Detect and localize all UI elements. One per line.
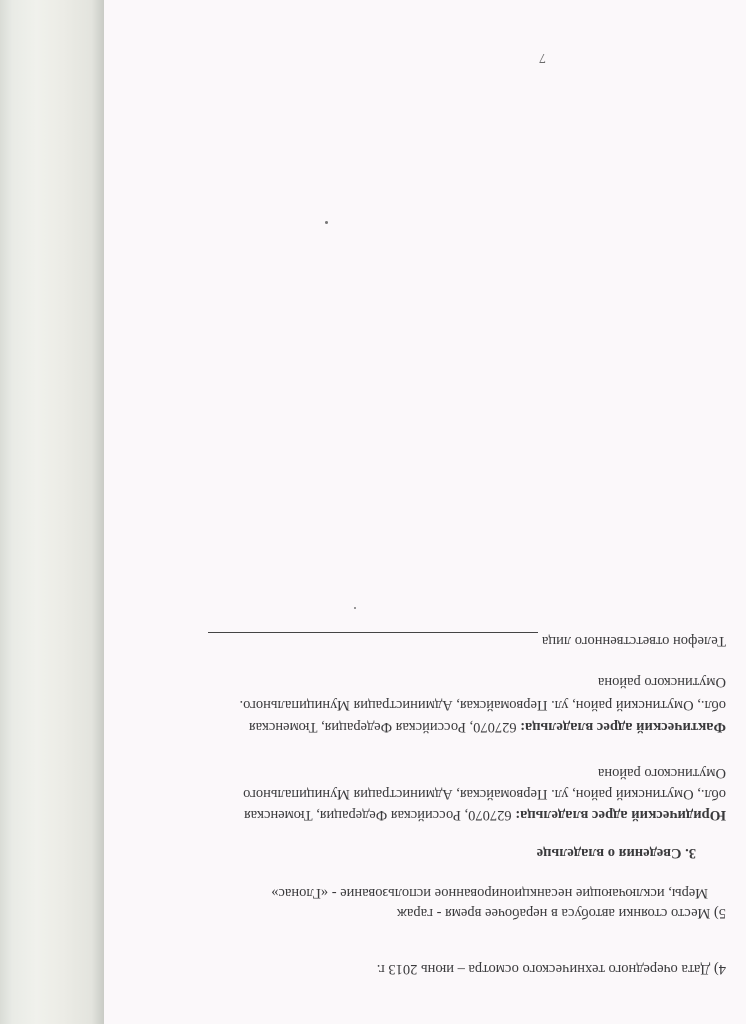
- responsible-phone-field[interactable]: [208, 632, 538, 645]
- item-5-security-measures: Меры, исключающие несанкционированное ис…: [271, 884, 708, 902]
- legal-address-line-2: обл., Омутинский район, ул. Первомайская…: [243, 785, 726, 803]
- actual-address-label: Фактический адрес владельца:: [520, 719, 726, 735]
- rotated-content: 4) Дата очередного технического осмотра …: [104, 0, 746, 1024]
- binding-spine: [0, 0, 104, 1024]
- actual-address-line-3: Омутинского района: [598, 673, 726, 691]
- section-3-heading: 3. Сведения о владельце: [537, 844, 696, 862]
- page-number: 7: [539, 49, 546, 67]
- scan-speck: [325, 221, 328, 224]
- legal-address-label: Юридический адрес владельца:: [515, 807, 726, 823]
- legal-address-line-3: Омутинского района: [598, 764, 726, 782]
- item-4-next-inspection: 4) Дата очередного технического осмотра …: [377, 960, 726, 978]
- responsible-phone-row: Телефон ответственного лица: [208, 632, 726, 650]
- document-page: 4) Дата очередного технического осмотра …: [104, 0, 746, 1024]
- item-5-parking-place: 5) Место стоянки автобуса в нерабочее вр…: [397, 904, 726, 922]
- legal-address-line-1: Юридический адрес владельца: 627070, Рос…: [244, 806, 726, 824]
- actual-address-value-1: 627070, Российская Федерация, Тюменская: [249, 719, 520, 735]
- actual-address-line-1: Фактический адрес владельца: 627070, Рос…: [249, 718, 726, 736]
- scanned-page: 4) Дата очередного технического осмотра …: [0, 0, 746, 1024]
- legal-address-value-1: 627070, Российская Федерация, Тюменская: [244, 807, 515, 823]
- actual-address-line-2: обл., Омутинский район, ул. Первомайская…: [239, 696, 726, 714]
- responsible-phone-label: Телефон ответственного лица: [542, 633, 726, 649]
- scan-speck: [354, 607, 356, 609]
